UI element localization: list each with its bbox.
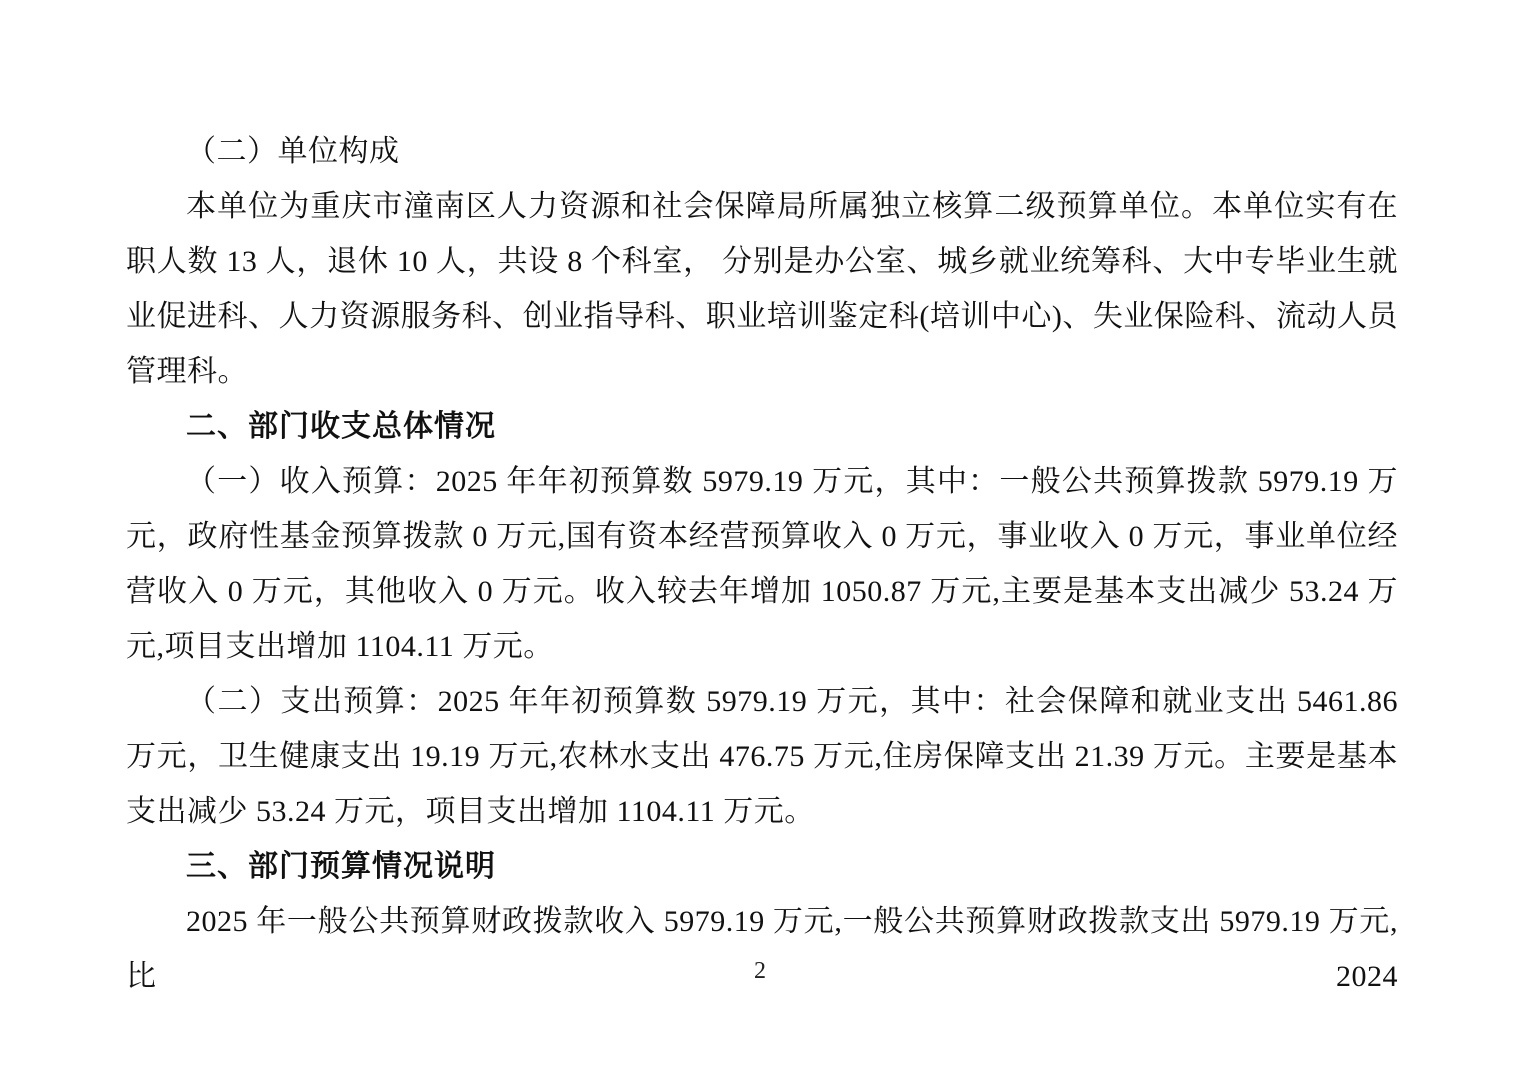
paragraph-unit-composition-body: 本单位为重庆市潼南区人力资源和社会保障局所属独立核算二级预算单位。本单位实有在职… [126, 179, 1398, 399]
paragraph-fiscal-allocation: 2025 年一般公共预算财政拨款收入 5979.19 万元,一般公共预算财政拨款… [126, 894, 1398, 1004]
paragraph-expenditure-budget: （二）支出预算：2025 年年初预算数 5979.19 万元，其中：社会保障和就… [126, 674, 1398, 839]
document-body: （二）单位构成 本单位为重庆市潼南区人力资源和社会保障局所属独立核算二级预算单位… [126, 124, 1398, 1004]
paragraph-income-budget: （一）收入预算：2025 年年初预算数 5979.19 万元，其中：一般公共预算… [126, 454, 1398, 674]
document-page: （二）单位构成 本单位为重庆市潼南区人力资源和社会保障局所属独立核算二级预算单位… [0, 0, 1520, 1074]
heading-section-3-budget-explanation: 三、部门预算情况说明 [126, 839, 1398, 894]
paragraph-unit-composition-title: （二）单位构成 [126, 124, 1398, 179]
page-number: 2 [0, 956, 1520, 986]
heading-section-2-budget-overview: 二、部门收支总体情况 [126, 399, 1398, 454]
